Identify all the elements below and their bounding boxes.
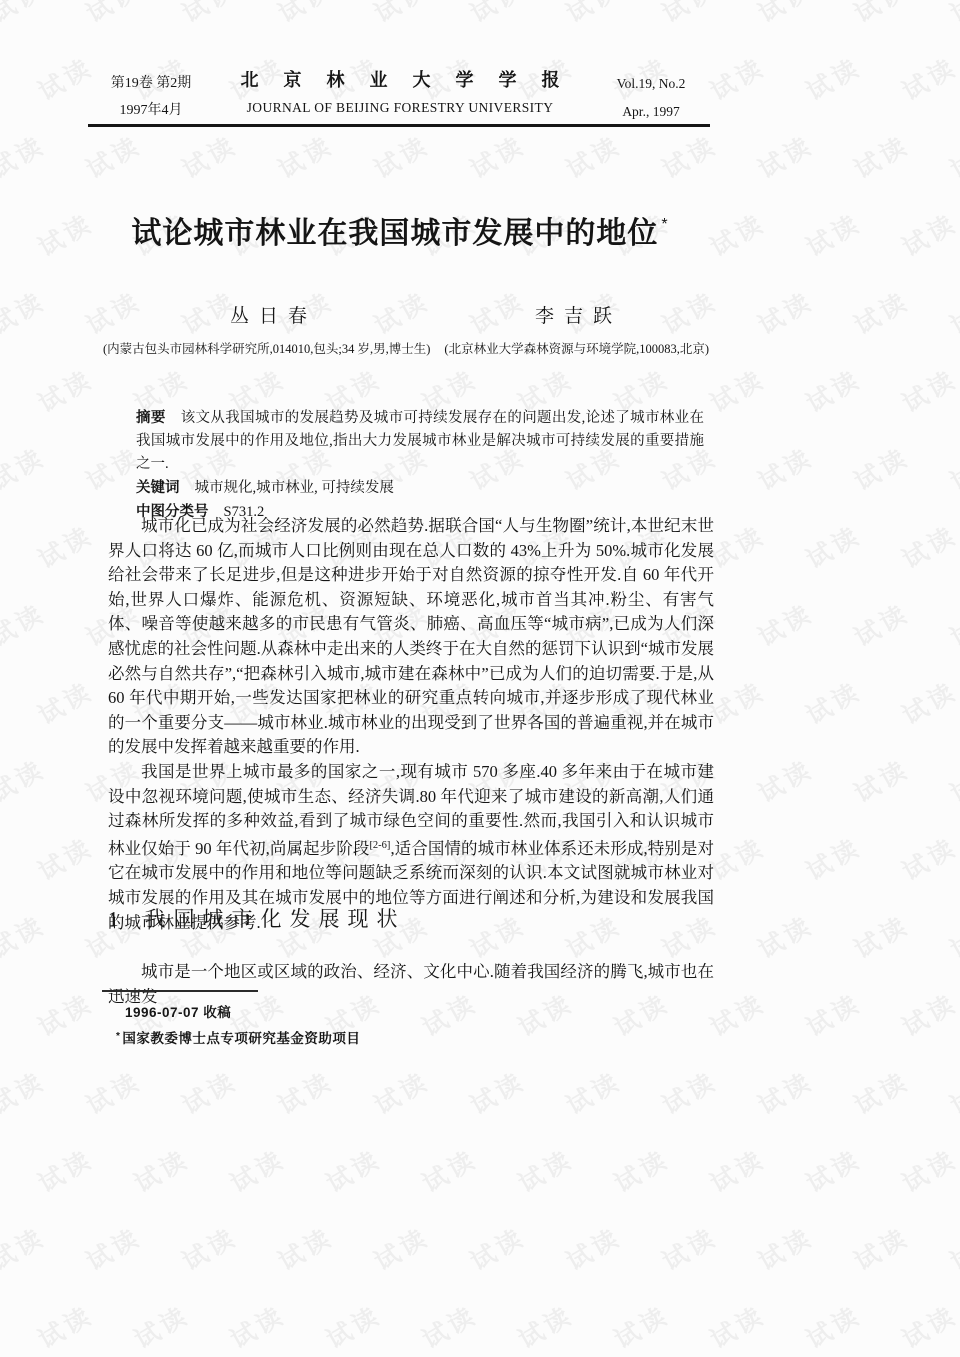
- journal-date-cn: 1997年4月: [100, 97, 202, 124]
- footnote-funding: *国家教委博士点专项研究基金资助项目: [116, 1027, 360, 1047]
- footnote-received-date: 1996-07-07 收稿: [125, 1001, 231, 1021]
- authors-row: 丛日春 李吉跃: [0, 301, 960, 329]
- journal-date-en: Apr., 1997: [596, 98, 706, 126]
- body-paragraph-1: 城市化已成为社会经济发展的必然趋势.据联合国“人与生物圈”统计,本世纪末世界人口…: [108, 514, 714, 760]
- article-title-text: 试论城市林业在我国城市发展中的地位: [131, 217, 658, 250]
- funding-text: 国家教委博士点专项研究基金资助项目: [122, 1031, 360, 1046]
- journal-issue-block: 第19卷 第2期 1997年4月: [100, 70, 202, 124]
- keywords-text: 城市规化,城市林业, 可持续发展: [195, 480, 394, 496]
- header-rule: [88, 124, 710, 127]
- section-heading-1: 1我国城市化发展现状: [108, 903, 406, 933]
- keywords-row: 关键词城市规化,城市林业, 可持续发展: [136, 477, 704, 500]
- abstract-block: 摘要该文从我国城市的发展趋势及城市可持续发展存在的问题出发,论述了城市林业在我国…: [136, 407, 704, 524]
- title-footnote-marker: *: [661, 216, 668, 233]
- section-title: 我国城市化发展现状: [145, 907, 406, 931]
- scanned-paper-page: 试读试读试读试读试读试读试读试读试读试读试读试读试读试读试读试读试读试读试读试读…: [0, 0, 960, 1357]
- author-affiliation-2: (北京林业大学森林资源与环境学院,100083,北京): [444, 339, 709, 357]
- author-name-1: 丛日春: [230, 301, 317, 328]
- journal-name-en: JOURNAL OF BEIJING FORESTRY UNIVERSITY: [230, 100, 570, 116]
- abstract-paragraph: 摘要该文从我国城市的发展趋势及城市可持续发展存在的问题出发,论述了城市林业在我国…: [136, 407, 704, 476]
- abstract-label: 摘要: [136, 410, 166, 426]
- affiliations-row: (内蒙古包头市园林科学研究所,014010,包头;34 岁,男,博士生) (北京…: [100, 339, 712, 357]
- journal-name-block: 北 京 林 业 大 学 学 报 JOURNAL OF BEIJING FORES…: [230, 66, 570, 116]
- funding-asterisk: *: [116, 1031, 120, 1042]
- journal-vol-en: Vol.19, No.2: [596, 70, 706, 98]
- abstract-text: 该文从我国城市的发展趋势及城市可持续发展存在的问题出发,论述了城市林业在我国城市…: [136, 410, 704, 472]
- article-body: 城市化已成为社会经济发展的必然趋势.据联合国“人与生物圈”统计,本世纪末世界人口…: [108, 514, 714, 935]
- keywords-label: 关键词: [136, 480, 180, 496]
- journal-name-cn: 北 京 林 业 大 学 学 报: [230, 66, 570, 92]
- author-affiliation-1: (内蒙古包头市园林科学研究所,014010,包头;34 岁,男,博士生): [103, 339, 430, 357]
- journal-vol-block: Vol.19, No.2 Apr., 1997: [596, 70, 706, 126]
- section-number: 1: [108, 907, 119, 931]
- page-content: 第19卷 第2期 1997年4月 北 京 林 业 大 学 学 报 JOURNAL…: [0, 0, 960, 1357]
- footnote-rule: [102, 990, 258, 992]
- article-title: 试论城市林业在我国城市发展中的地位*: [90, 208, 710, 252]
- author-name-2: 李吉跃: [535, 301, 622, 328]
- citation-ref: [2-6]: [369, 840, 390, 851]
- journal-volume-issue: 第19卷 第2期: [100, 70, 202, 97]
